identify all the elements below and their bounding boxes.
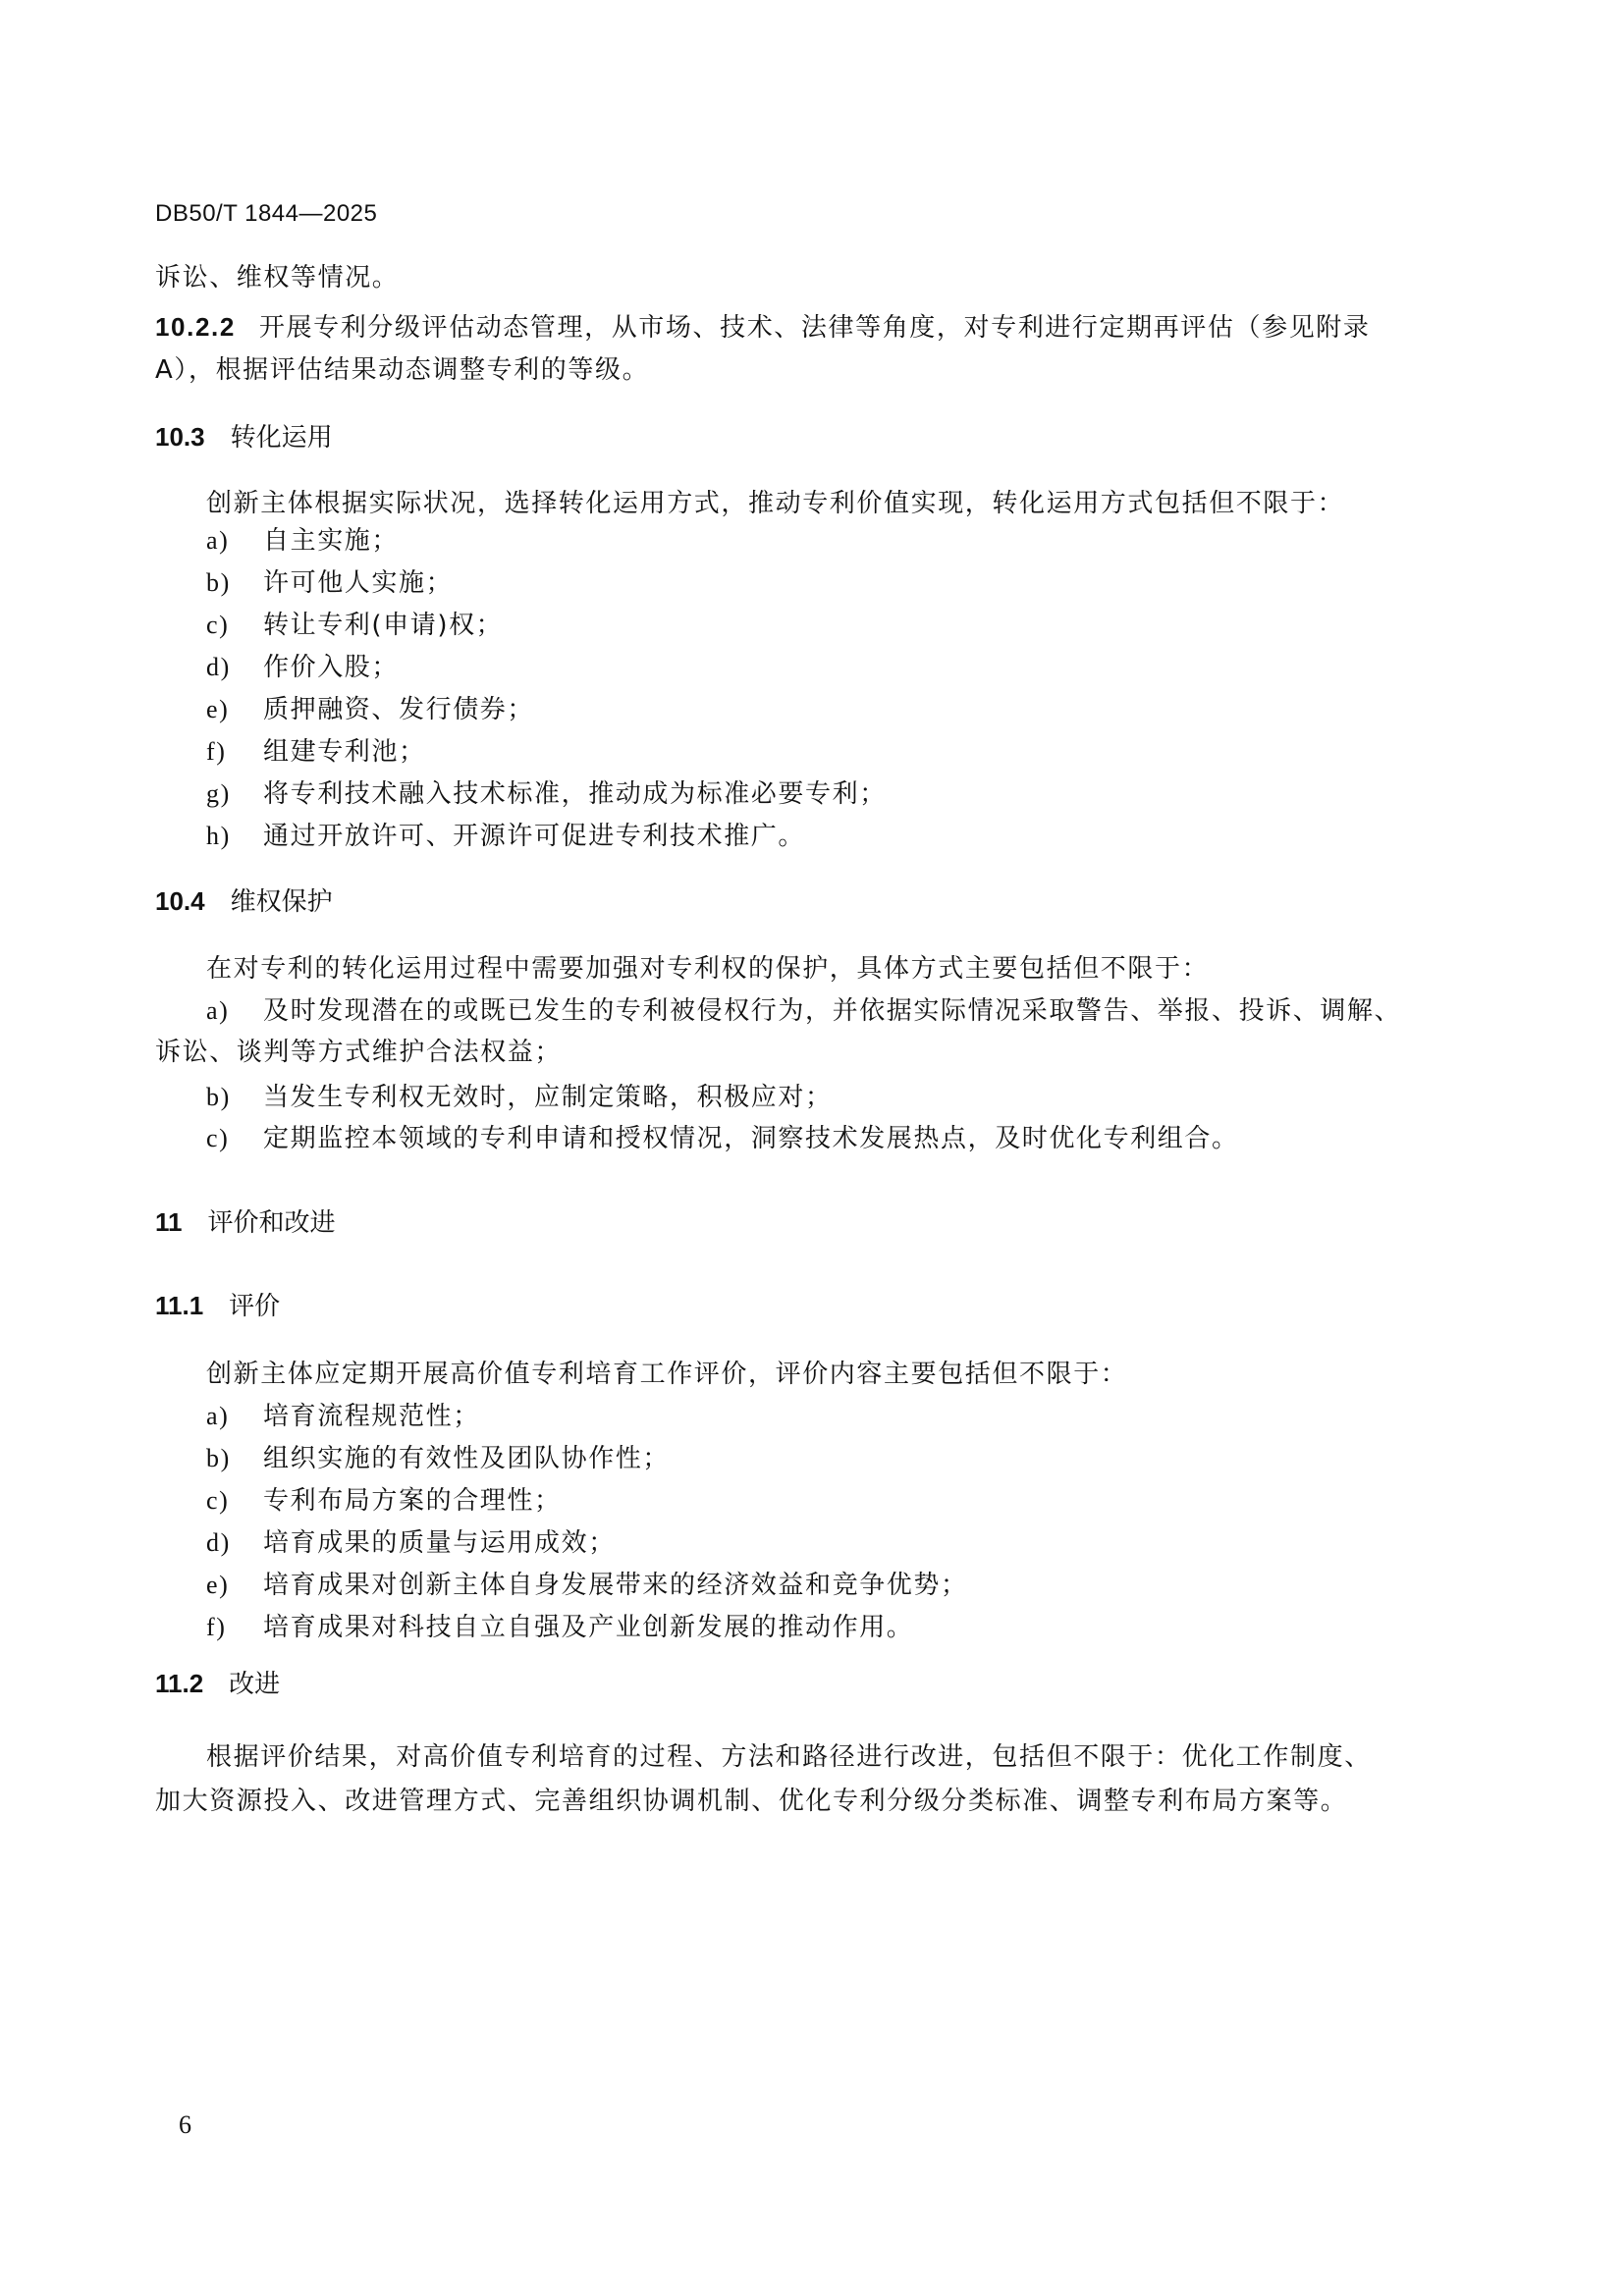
section-heading-10-4: 10.4维权保护: [155, 886, 333, 917]
section-title: 评价: [229, 1292, 280, 1321]
list-item: f)组建专利池；: [206, 737, 426, 767]
paragraph-continuation: 诉讼、维权等情况。: [155, 263, 399, 293]
list-item: c)转让专利(申请)权；: [206, 611, 503, 640]
list-item: f)培育成果对科技自立自强及产业创新发展的推动作用。: [206, 1613, 913, 1642]
list-item-text: 作价入股；: [263, 653, 399, 682]
list-item: b)许可他人实施；: [206, 568, 453, 598]
list-item: a)培育流程规范性；: [206, 1402, 480, 1431]
list-item-continuation: 诉讼、谈判等方式维护合法权益；: [155, 1038, 562, 1067]
section-intro: 创新主体应定期开展高价值专利培育工作评价，评价内容主要包括但不限于：: [206, 1360, 1127, 1389]
list-item-text: 培育成果对创新主体自身发展带来的经济效益和竞争优势；: [263, 1571, 968, 1600]
list-marker: a): [206, 996, 263, 1026]
list-item: d)作价入股；: [206, 653, 399, 682]
section-number: 11.2: [155, 1669, 203, 1698]
list-marker: e): [206, 695, 263, 724]
section-heading-11-1: 11.1评价: [155, 1291, 280, 1321]
list-item-text: 培育成果的质量与运用成效；: [263, 1528, 616, 1558]
improvement-paragraph-line2: 加大资源投入、改进管理方式、完善组织协调机制、优化专利分级分类标准、调整专利布局…: [155, 1787, 1347, 1816]
section-number: 11.1: [155, 1291, 203, 1320]
list-item-text: 通过开放许可、开源许可促进专利技术推广。: [263, 822, 805, 851]
list-item-text: 培育成果对科技自立自强及产业创新发展的推动作用。: [263, 1613, 913, 1642]
section-title: 维权保护: [231, 887, 333, 917]
list-marker: h): [206, 822, 263, 851]
section-intro: 创新主体根据实际状况，选择转化运用方式，推动专利价值实现，转化运用方式包括但不限…: [206, 489, 1344, 518]
list-marker: b): [206, 1444, 263, 1473]
list-item: b)组织实施的有效性及团队协作性；: [206, 1444, 670, 1473]
improvement-paragraph: 根据评价结果，对高价值专利培育的过程、方法和路径进行改进，包括但不限于：优化工作…: [206, 1742, 1372, 1772]
list-marker: a): [206, 1402, 263, 1431]
document-id: DB50/T 1844—2025: [155, 199, 377, 229]
list-marker: g): [206, 779, 263, 809]
list-marker: f): [206, 1613, 263, 1642]
list-item-text: 培育流程规范性；: [263, 1402, 480, 1431]
list-item-text: 定期监控本领域的专利申请和授权情况，洞察技术发展热点，及时优化专利组合。: [263, 1124, 1239, 1153]
list-item: d)培育成果的质量与运用成效；: [206, 1528, 616, 1558]
section-heading-10-3: 10.3转化运用: [155, 422, 333, 453]
section-intro: 在对专利的转化运用过程中需要加强对专利权的保护，具体方式主要包括但不限于：: [206, 954, 1209, 984]
list-marker: d): [206, 653, 263, 682]
section-number: 10.3: [155, 422, 205, 452]
list-item: h)通过开放许可、开源许可促进专利技术推广。: [206, 822, 805, 851]
list-marker: b): [206, 568, 263, 598]
section-title: 改进: [229, 1670, 280, 1699]
list-item-text: 将专利技术融入技术标准，推动成为标准必要专利；: [263, 779, 887, 809]
list-marker: a): [206, 526, 263, 556]
section-title: 转化运用: [231, 423, 333, 453]
chapter-heading-11: 11评价和改进: [155, 1207, 336, 1238]
clause-text: 开展专利分级评估动态管理，从市场、技术、法律等角度，对专利进行定期再评估（参见附…: [259, 313, 1371, 343]
section-number: 10.4: [155, 886, 205, 916]
list-item-text: 自主实施；: [263, 526, 399, 556]
clause-10-2-2-line2: A），根据评估结果动态调整专利的等级。: [155, 355, 649, 385]
list-item-text: 转让专利(申请)权；: [263, 611, 503, 640]
list-item: c)定期监控本领域的专利申请和授权情况，洞察技术发展热点，及时优化专利组合。: [206, 1124, 1239, 1153]
list-item-text: 组建专利池；: [263, 737, 426, 767]
chapter-number: 11: [155, 1207, 183, 1237]
list-marker: c): [206, 1124, 263, 1153]
list-item: a)及时发现潜在的或既已发生的专利被侵权行为，并依据实际情况采取警告、举报、投诉…: [206, 996, 1401, 1026]
list-item-text: 许可他人实施；: [263, 568, 453, 598]
list-item-text: 当发生专利权无效时，应制定策略，积极应对；: [263, 1083, 833, 1112]
page-number: 6: [179, 2110, 191, 2140]
list-item: g)将专利技术融入技术标准，推动成为标准必要专利；: [206, 779, 887, 809]
list-item-text: 组织实施的有效性及团队协作性；: [263, 1444, 670, 1473]
section-heading-11-2: 11.2改进: [155, 1669, 280, 1699]
clause-number: 10.2.2: [155, 312, 236, 342]
list-item-text: 专利布局方案的合理性；: [263, 1486, 562, 1516]
list-marker: c): [206, 611, 263, 640]
list-item: a)自主实施；: [206, 526, 399, 556]
list-item: e)培育成果对创新主体自身发展带来的经济效益和竞争优势；: [206, 1571, 968, 1600]
list-item: c)专利布局方案的合理性；: [206, 1486, 562, 1516]
list-marker: e): [206, 1571, 263, 1600]
list-item-text: 及时发现潜在的或既已发生的专利被侵权行为，并依据实际情况采取警告、举报、投诉、调…: [263, 996, 1401, 1026]
list-marker: b): [206, 1083, 263, 1112]
list-item-text: 质押融资、发行债券；: [263, 695, 534, 724]
list-marker: c): [206, 1486, 263, 1516]
clause-10-2-2: 10.2.2开展专利分级评估动态管理，从市场、技术、法律等角度，对专利进行定期再…: [155, 312, 1371, 343]
list-marker: d): [206, 1528, 263, 1558]
chapter-title: 评价和改进: [208, 1208, 336, 1238]
list-item: b)当发生专利权无效时，应制定策略，积极应对；: [206, 1083, 833, 1112]
list-marker: f): [206, 737, 263, 767]
list-item: e)质押融资、发行债券；: [206, 695, 534, 724]
